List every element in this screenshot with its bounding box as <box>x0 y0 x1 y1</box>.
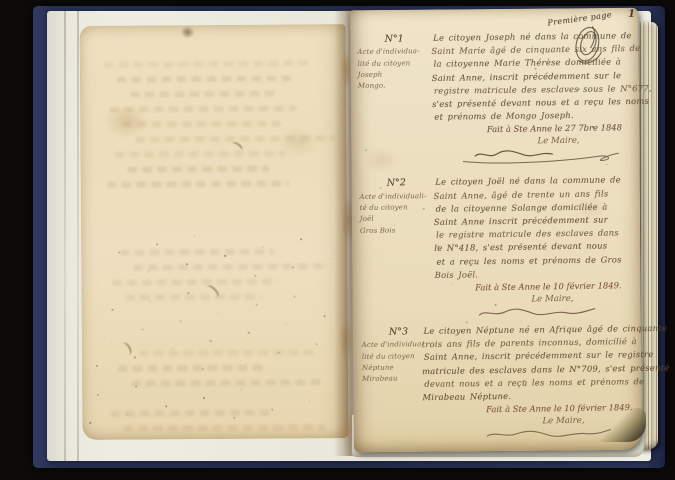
mayor-signature-icon <box>457 145 627 168</box>
ink-speck <box>149 300 150 301</box>
ink-speck <box>292 266 294 268</box>
bleedthrough-line <box>109 105 297 112</box>
bleedthrough-line <box>117 75 293 82</box>
manuscript-page: Première page 1 N°1 Acte d'individua-lit… <box>350 8 642 452</box>
bleedthrough-line <box>128 166 270 173</box>
page-corner-edge <box>598 408 646 442</box>
ink-speck <box>96 365 98 367</box>
act-record-3: N°3 Acte d'individua-lité du citoyenNépt… <box>361 322 638 444</box>
ink-speck <box>148 271 149 272</box>
ink-speck <box>351 111 352 112</box>
manuscript-text: N°1 Acte d'individua-lité du citoyenJose… <box>357 29 638 444</box>
ink-speck <box>466 321 468 323</box>
ink-speck <box>203 397 205 399</box>
bleedthrough-line <box>110 410 271 417</box>
left-blank-page <box>80 24 349 440</box>
ink-speck <box>286 323 287 324</box>
ink-speck <box>578 88 580 90</box>
ink-speck <box>324 315 326 317</box>
ink-speck <box>523 380 525 382</box>
act2-closing: Le Maire, <box>435 291 636 306</box>
ink-speck <box>262 247 263 248</box>
flyleaf-crease <box>77 11 79 461</box>
ink-speck <box>97 394 99 396</box>
ink-speck <box>142 328 144 330</box>
bleedthrough-line <box>107 180 290 187</box>
bleedthrough-line <box>118 365 267 372</box>
ink-speck <box>194 235 195 236</box>
bleedthrough-line <box>114 150 285 157</box>
bleedthrough-line <box>131 379 321 386</box>
bleedthrough-line <box>133 263 328 270</box>
ink-speck <box>316 343 318 345</box>
ink-speck <box>300 238 302 240</box>
ink-speck <box>202 368 204 370</box>
ink-speck <box>451 283 452 284</box>
act2-margin: N°2 Acte d'individuali-té du citoyenJoël… <box>359 176 434 236</box>
ink-speck <box>218 312 219 313</box>
ink-speck <box>156 243 158 245</box>
ink-speck <box>89 422 91 424</box>
page-number: 1 <box>628 9 635 20</box>
ink-speck <box>394 225 395 226</box>
ink-speck <box>563 50 564 51</box>
act2-margin-lines: Acte d'individuali-té du citoyenJoëlGros… <box>359 190 434 237</box>
ink-speck <box>254 275 256 277</box>
margin-line: Gros Bois <box>360 224 434 237</box>
mayor-signature-icon <box>471 304 601 322</box>
mayor-signature-icon <box>477 426 617 443</box>
bleedthrough-line <box>139 349 317 356</box>
manuscript-line: Le citoyen Joseph né dans la commune de <box>433 29 651 45</box>
bleedthrough-line <box>130 91 277 98</box>
act2-number: N°2 <box>359 176 433 190</box>
ink-speck <box>365 149 367 151</box>
bleedthrough-line <box>123 424 325 431</box>
bleedthrough-line <box>112 279 278 286</box>
ink-speck <box>112 309 114 311</box>
manuscript-line: le registre matricule des esclaves dans <box>436 226 637 242</box>
ink-speck <box>248 332 250 334</box>
ink-speck <box>606 164 607 165</box>
act2-body-lines: Le citoyen Joël né dans la commune deSai… <box>433 173 636 282</box>
ink-speck <box>81 289 82 290</box>
ink-speck <box>256 304 258 306</box>
ink-speck <box>135 386 137 388</box>
act-record-2: N°2 Acte d'individuali-té du citoyenJoël… <box>359 173 636 323</box>
ink-speck <box>180 320 182 322</box>
act2-body: Le citoyen Joël né dans la commune deSai… <box>433 173 636 322</box>
ink-speck <box>293 295 295 297</box>
bleedthrough-line <box>122 121 281 128</box>
ink-speck <box>271 409 273 411</box>
ink-speck <box>104 337 105 338</box>
flyleaf-crease <box>64 11 66 461</box>
manuscript-line: devant nous et a reçu les noms et prénom… <box>424 375 672 391</box>
ink-speck <box>165 405 167 407</box>
manuscript-line: et a reçu les noms et prénoms de Gros <box>436 253 637 269</box>
ink-speck <box>509 342 510 343</box>
bleedthrough-line <box>120 249 274 256</box>
ink-speck <box>240 360 241 361</box>
margin-line: Mongo. <box>358 79 432 92</box>
ink-speck <box>309 400 310 401</box>
act3-body-lines: Le citoyen Néptune né en Afrique âgé de … <box>421 322 670 405</box>
act-record-1: N°1 Acte d'individua-lité du citoyenJose… <box>357 29 634 169</box>
ink-speck <box>210 340 212 342</box>
ink-speck <box>233 417 235 419</box>
act1-body-lines: Le citoyen Joseph né dans la commune deS… <box>431 29 650 125</box>
ink-speck <box>172 348 173 349</box>
bleedthrough-line <box>125 294 262 301</box>
ink-speck <box>423 208 425 210</box>
ink-speck <box>127 414 128 415</box>
ink-speck <box>241 389 242 390</box>
act1-body: Le citoyen Joseph né dans la commune deS… <box>431 29 651 169</box>
act1-margin: N°1 Acte d'individua-lité du citoyenJose… <box>357 32 432 92</box>
ink-stroke <box>116 341 133 359</box>
ink-speck <box>224 255 226 257</box>
ink-speck <box>134 357 136 359</box>
margin-line: Acte d'individuali- <box>359 190 433 203</box>
bleedthrough-line <box>104 60 309 67</box>
act1-number: N°1 <box>357 32 431 46</box>
archival-book-scan: Première page 1 N°1 Acte d'individua-lit… <box>0 0 675 480</box>
ink-speck <box>330 258 331 259</box>
manuscript-line: registre matricule des esclaves sous le … <box>434 82 652 98</box>
act1-margin-lines: Acte d'individua-lité du citoyenJosephMo… <box>357 45 432 92</box>
manuscript-line: de la citoyenne Solange domiciliée à <box>436 200 637 216</box>
